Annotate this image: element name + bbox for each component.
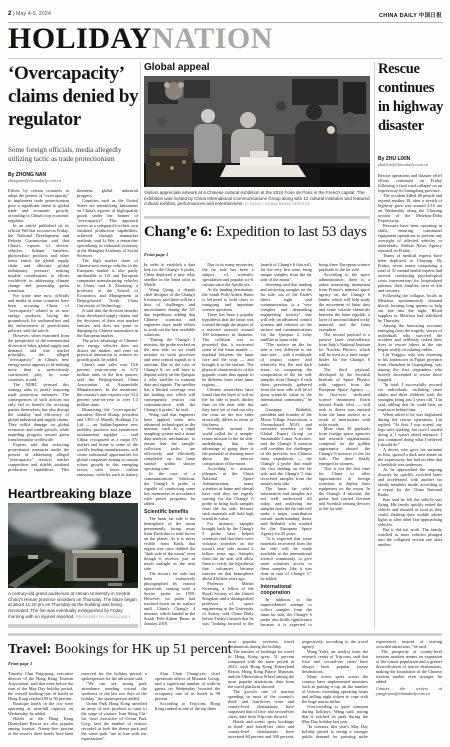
body-paragraph: In order to establish a data link for th… — [144, 262, 195, 287]
body-paragraph: Wang Qiong, a deputy chief designer of t… — [144, 287, 195, 337]
blaze-section-title: Heartbreaking blaze — [8, 486, 132, 501]
body-paragraph: "In total, I successfully rescued six in… — [378, 382, 442, 412]
body-paragraph: Timothy Chui Ting-pong, executive direct… — [8, 671, 73, 701]
change6-from-page: From page 1 — [144, 252, 168, 257]
global-appeal-photo — [144, 76, 370, 187]
vertical-divider-left — [140, 62, 141, 628]
body-paragraph: There has been a popular hypothesis that… — [202, 312, 253, 387]
body-paragraph: The price advantage of Chinese new energ… — [77, 338, 138, 363]
blaze-caption: A century-old grand auditorium at Henan … — [8, 591, 138, 619]
body-paragraph: Many scenic spots across the country hav… — [302, 674, 368, 704]
middle-section-divider — [144, 216, 370, 219]
body-paragraph: The moon's far side has been extensively… — [144, 571, 195, 626]
newspaper-page: 2 | May 4-5, 2024 CHINA DAILY 中国日报 HOLID… — [0, 0, 450, 747]
body-subhead: International cooperation — [261, 584, 312, 596]
masthead-holiday: HOLIDAY — [8, 22, 152, 55]
body-paragraph: Ocean Park Hong Kong unveiled an array o… — [81, 701, 146, 741]
body-paragraph: China's auto sales rose 10.6 percent yea… — [77, 362, 138, 407]
issue-date: | May 4-5, 2024 — [11, 11, 51, 17]
body-paragraph: The second payload is a passive laser re… — [319, 332, 370, 367]
body-paragraph: The growth rate of tourism spending in m… — [228, 689, 294, 719]
left-section-divider — [8, 624, 138, 628]
body-paragraph: As he approached the ongoing disaster, h… — [378, 467, 442, 497]
body-paragraph: Lin Yongjin, who was returning to his ho… — [378, 352, 442, 382]
body-subhead: Scientific benefits — [144, 509, 195, 515]
body-paragraph: most popular overseas travel destination… — [228, 639, 294, 649]
travel-headline-rest: Bookings for HK up 51 percent — [51, 642, 231, 657]
body-paragraph: Efforts by certain countries to adopt th… — [8, 188, 69, 223]
lead-article-headline: ‘Overcapacity’ claims denied by regulato… — [8, 62, 140, 132]
lead-article-deck: Some foreign officials, media allegedly … — [8, 146, 138, 165]
brand-name: CHINA DAILY 中国日报 — [379, 11, 442, 19]
body-paragraph: According to Trip.com, Hong Kong ranked … — [155, 701, 220, 711]
body-paragraph: The accident killed 48 people and injure… — [378, 193, 442, 223]
body-paragraph: Following the collapse, locals in Meizho… — [378, 293, 442, 323]
travel-section-divider — [8, 633, 442, 636]
body-paragraph: Due to its many mysteries, the far side … — [202, 262, 253, 287]
body-paragraph: Giuseppe Reibaldi, president and founder… — [261, 407, 312, 487]
body-paragraph: Rescuers have been operating in shifts, … — [378, 223, 442, 253]
body-paragraph: For some time now, officials and media i… — [8, 293, 69, 333]
change6-body: In order to establish a data link for th… — [144, 262, 370, 630]
body-paragraph: Wang said that engineers have applied so… — [144, 412, 195, 472]
body-paragraph: According to the space administration, t… — [319, 272, 370, 332]
body-paragraph: Wang Yalei, an analyst from the research… — [302, 649, 368, 674]
byline-email: zhongnan@chinadaily.com.cn — [8, 178, 138, 183]
travel-body-right: most popular overseas travel destination… — [228, 639, 442, 745]
body-paragraph: Boutique hotels in the city were operati… — [8, 701, 73, 716]
body-paragraph: Overcrowding is quite common during holi… — [302, 704, 368, 724]
vertical-divider-right — [374, 62, 375, 628]
body-paragraph: For instance, samples brought back by th… — [202, 521, 253, 581]
body-paragraph: Chinese researchers have found that the … — [202, 387, 253, 427]
rescue-headline: Rescue continues in highway disaster — [378, 60, 444, 137]
body-paragraph: In an article published on its official … — [8, 223, 69, 293]
body-paragraph: "We can see strong park attendance trend… — [81, 681, 146, 701]
body-paragraph: "It is expected that some materials reco… — [261, 536, 312, 581]
body-paragraph: More than 30 payloads from foreign space… — [319, 426, 370, 466]
body-paragraph: Countries such as the United States are … — [77, 198, 138, 258]
rescue-body: Rescue operations and disaster relief ef… — [378, 173, 442, 631]
body-paragraph: A driver, who gave his surname as Kao, s… — [378, 447, 442, 467]
body-paragraph: This is not the first time for China to … — [319, 466, 370, 511]
blaze-photo-credit: PROVIDED TO CHINA DAILY — [76, 615, 131, 619]
body-paragraph: The lunar far side's information and sam… — [261, 486, 312, 536]
masthead-nation: NATION — [152, 22, 273, 55]
travel-headline: Travel: Bookings for HK up 51 percent — [8, 642, 232, 658]
body-paragraph: In the case of a communications blackout… — [144, 471, 195, 506]
body-paragraph: The lunar far side is the hemisphere of … — [144, 516, 195, 571]
brand-chinese: 中国日报 — [417, 13, 442, 19]
travel-body-left: Timothy Chui Ting-pong, executive direct… — [8, 671, 220, 745]
section-masthead: HOLIDAYNATION — [8, 24, 273, 54]
body-paragraph: Ji said that the division benefits from … — [77, 308, 138, 338]
byline-email: zhulixin@chinadaily.com.cn — [378, 162, 442, 167]
body-paragraph: As the landing destination, the South Po… — [202, 287, 253, 312]
top-bar: 2 | May 4-5, 2024 CHINA DAILY 中国日报 — [8, 11, 442, 20]
body-paragraph: Among the harrowing accounts emerging fr… — [378, 323, 442, 353]
blaze-photo — [8, 503, 138, 588]
change6-headline: Chang’e 6: Expedition to last 53 days — [144, 224, 367, 241]
body-paragraph: Sweeting said that landing and retrievin… — [261, 282, 312, 342]
travel-from-page: From page 1 — [8, 661, 32, 666]
body-paragraph: The number of bookings for travel to Hon… — [228, 649, 294, 689]
body-paragraph: "During the Chang'e 5 mission, the probe… — [144, 337, 195, 412]
global-appeal-photo-illustration — [144, 76, 370, 187]
body-paragraph: Rescue operations and disaster relief ef… — [378, 173, 442, 193]
lead-article-body: Efforts by certain countries to adopt th… — [8, 188, 138, 482]
body-paragraph: Teams of medical experts have been deplo… — [378, 253, 442, 293]
global-appeal-title: Global appeal — [144, 62, 210, 73]
body-paragraph: When asked if he was frightened during t… — [378, 412, 442, 447]
body-paragraph: The high market share of Chinese new ene… — [77, 258, 138, 308]
body-paragraph: Alan Chan Chung-yee, chief operations of… — [155, 671, 220, 701]
change6-headline-lead: Chang’e 6: — [144, 224, 212, 240]
rescue-byline: By ZHU LIXIN zhulixin@chinadaily.com.cn — [378, 156, 442, 167]
global-appeal-caption: Visitors appreciate artwork at a Chinese… — [144, 190, 370, 207]
travel-headline-lead: Travel: — [8, 642, 51, 657]
body-paragraph: The NDRC stressed this strategy aims to … — [8, 382, 69, 442]
body-paragraph: However, when examined from the perspect… — [8, 333, 69, 383]
blaze-photo-illustration — [8, 503, 138, 588]
change6-headline-rest: Expedition to last 53 days — [212, 224, 366, 240]
body-paragraph: Contact the writers at yangfeiyue@chinad… — [376, 686, 442, 696]
body-paragraph: Scientists around the world called for a… — [202, 426, 253, 466]
body-paragraph: The third payload, developed by the Swed… — [319, 367, 370, 427]
body-paragraph: "The surface on the far side is very dif… — [261, 342, 312, 407]
masthead-rule — [8, 58, 442, 59]
body-paragraph: The prosperity of county-level tourism m… — [376, 649, 442, 684]
body-paragraph: But it did not work. The family watched … — [378, 527, 442, 547]
lead-article-byline: By ZHONG NAN zhongnan@chinadaily.com.cn — [8, 172, 138, 183]
body-paragraph: According to mission planners at the Chi… — [202, 466, 253, 521]
body-paragraph: Kao said he felt the vehicle was flying.… — [378, 497, 442, 527]
global-appeal-photo-credit: LI YANG / CHINA NEWS SERVICE — [245, 202, 310, 206]
